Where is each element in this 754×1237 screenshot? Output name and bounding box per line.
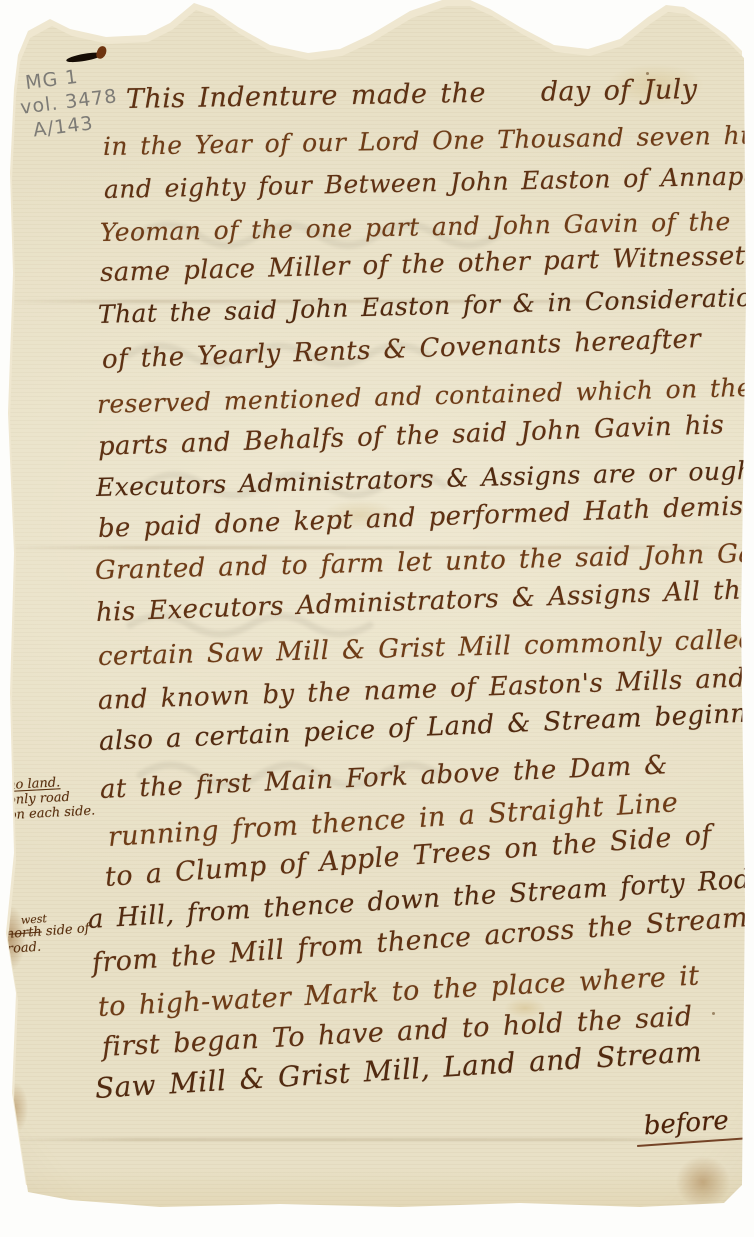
paper-sheet: MG 1 vol. 3478 A/143 This Indenture made… [0,0,754,1237]
blank-date-space [486,101,541,102]
document-scan: MG 1 vol. 3478 A/143 This Indenture made… [0,0,754,1237]
opening-date: day of July [541,74,698,108]
margin-note-upper: no land. only road on each side. [7,774,96,823]
manuscript-line: in the Year of our Lord One Thousand sev… [103,119,754,161]
ink-blot-tail [95,45,108,60]
margin-note-text: on each side. [8,803,95,823]
foxing-speck [712,1012,715,1015]
margin-note-lower: west north side of road. [5,910,91,957]
margin-note-rest: side of [45,921,90,939]
manuscript-opening-line: This Indenture made theday of July [126,74,698,115]
opening-phrase: This Indenture made the [126,78,486,115]
